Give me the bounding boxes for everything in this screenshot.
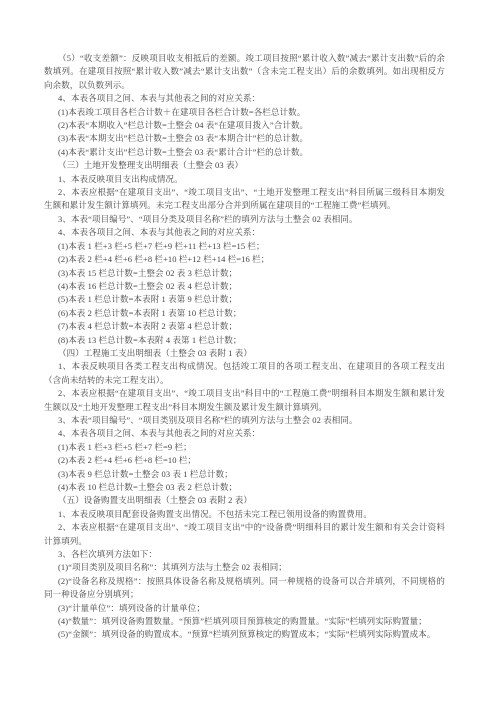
section-heading: （五）设备购置支出明细表（土整会 03 表附 2 表） xyxy=(44,494,445,507)
list-item-paragraph: (4)本表 16 栏总计数=土整会 02 表 4 栏总计数； xyxy=(44,280,445,293)
section-heading: （三）土地开发整理支出明细表（土整会 03 表） xyxy=(44,159,445,172)
list-item-paragraph: (3)本表 9 栏总计数=土整会 03 表 1 栏总计数； xyxy=(44,468,445,481)
numbered-paragraph: 3、各栏次填列方法如下： xyxy=(44,548,445,561)
numbered-paragraph: 3、本表“项目编号”、“项目类别及项目名称”栏的填列方法与土整会 02 表相同。 xyxy=(44,414,445,427)
numbered-paragraph: 4、本表各项目之间、本表与其他表之间的对应关系： xyxy=(44,427,445,440)
numbered-paragraph: 2、本表应根据“在建项目支出”、“竣工项目支出”科目中的“工程施工费”明细科目本… xyxy=(44,387,445,414)
list-item-paragraph: （5）“收支差额”：反映项目收支相抵后的差额。竣工项目按照“累计收入数”减去“累… xyxy=(44,52,445,92)
numbered-paragraph: 4、本表各项目之间、本表与其他表之间的对应关系： xyxy=(44,226,445,239)
list-item-paragraph: (4)“数量”：填列设备购置数量。“预算”栏填列项目预算核定的购置量。“实际”栏… xyxy=(44,615,445,628)
numbered-paragraph: 2、本表应根据“在建项目支出”、“竣工项目支出”中的“设备费”明细科目的累计发生… xyxy=(44,521,445,548)
list-item-paragraph: (7)本表 4 栏总计数=本表附 2 表第 4 栏总计数； xyxy=(44,320,445,333)
list-item-paragraph: (3)“计量单位”：填列设备的计量单位； xyxy=(44,602,445,615)
numbered-paragraph: 1、本表反映项目支出构成情况。 xyxy=(44,173,445,186)
list-item-paragraph: (5)“金额”：填列设备的购置成本。“预算”栏填列预算核定的购置成本；“实际”栏… xyxy=(44,628,445,641)
list-item-paragraph: (2)本表“本期收入”栏总计数=土整会 04 表“在建项目拨入”合计数。 xyxy=(44,119,445,132)
document-content: （5）“收支差额”：反映项目收支相抵后的差额。竣工项目按照“累计收入数”减去“累… xyxy=(44,52,445,642)
list-item-paragraph: (5)本表 1 栏总计数=本表附 1 表第 9 栏总计数； xyxy=(44,293,445,306)
list-item-paragraph: (2)本表 2 栏+4 栏+6 栏+8 栏+10 栏+12 栏+14 栏=16 … xyxy=(44,253,445,266)
numbered-paragraph: 4、本表各项目之间、本表与其他表之间的对应关系： xyxy=(44,92,445,105)
list-item-paragraph: (4)本表 10 栏总计数=土整会 03 表 2 栏总计数； xyxy=(44,481,445,494)
list-item-paragraph: (6)本表 2 栏总计数=本表附 1 表第 10 栏总计数； xyxy=(44,307,445,320)
list-item-paragraph: (2)本表 2 栏+4 栏+6 栏+8 栏=10 栏； xyxy=(44,454,445,467)
numbered-paragraph: 1、本表反映项目各类工程支出构成情况。包括竣工项目的各项工程支出、在建项目的各项… xyxy=(44,360,445,387)
list-item-paragraph: (4)本表“累计支出”栏总计数=土整会 03 表“累计合计”栏的总计数。 xyxy=(44,146,445,159)
list-item-paragraph: (1)本表 1 栏+3 栏+5 栏+7 栏+9 栏+11 栏+13 栏=15 栏… xyxy=(44,240,445,253)
section-heading: （四）工程施工支出明细表（土整会 03 表附 1 表） xyxy=(44,347,445,360)
document-page: （5）“收支差额”：反映项目收支相抵后的差额。竣工项目按照“累计收入数”减去“累… xyxy=(0,0,500,707)
list-item-paragraph: (1)“项目类别及项目名称”：其填列方法与土整会 02 表相同； xyxy=(44,561,445,574)
numbered-paragraph: 2、本表应根据“在建项目支出”、“竣工项目支出”、“土地开发整理工程支出”科目所… xyxy=(44,186,445,213)
list-item-paragraph: (2)“设备名称及规格”：按照具体设备名称及规格填列。同一种规格的设备可以合并填… xyxy=(44,575,445,602)
list-item-paragraph: (1)本表竣工项目各栏合计数＋在建项目各栏合计数=各栏总计数。 xyxy=(44,106,445,119)
numbered-paragraph: 1、本表反映项目配套设备购置支出情况。不包括未完工程已领用设备的购置费用。 xyxy=(44,508,445,521)
list-item-paragraph: (3)本表“本期支出”栏总计数=土整会 03 表“本期合计”栏的总计数。 xyxy=(44,132,445,145)
list-item-paragraph: (3)本表 15 栏总计数=土整会 02 表 3 栏总计数； xyxy=(44,267,445,280)
list-item-paragraph: (1)本表 1 栏+3 栏+5 栏+7 栏=9 栏； xyxy=(44,441,445,454)
numbered-paragraph: 3、本表“项目编号”、“项目分类及项目名称”栏的填列方法与土整会 02 表相同。 xyxy=(44,213,445,226)
list-item-paragraph: (8)本表 13 栏总计数=本表附 4 表第 1 栏总计数； xyxy=(44,334,445,347)
